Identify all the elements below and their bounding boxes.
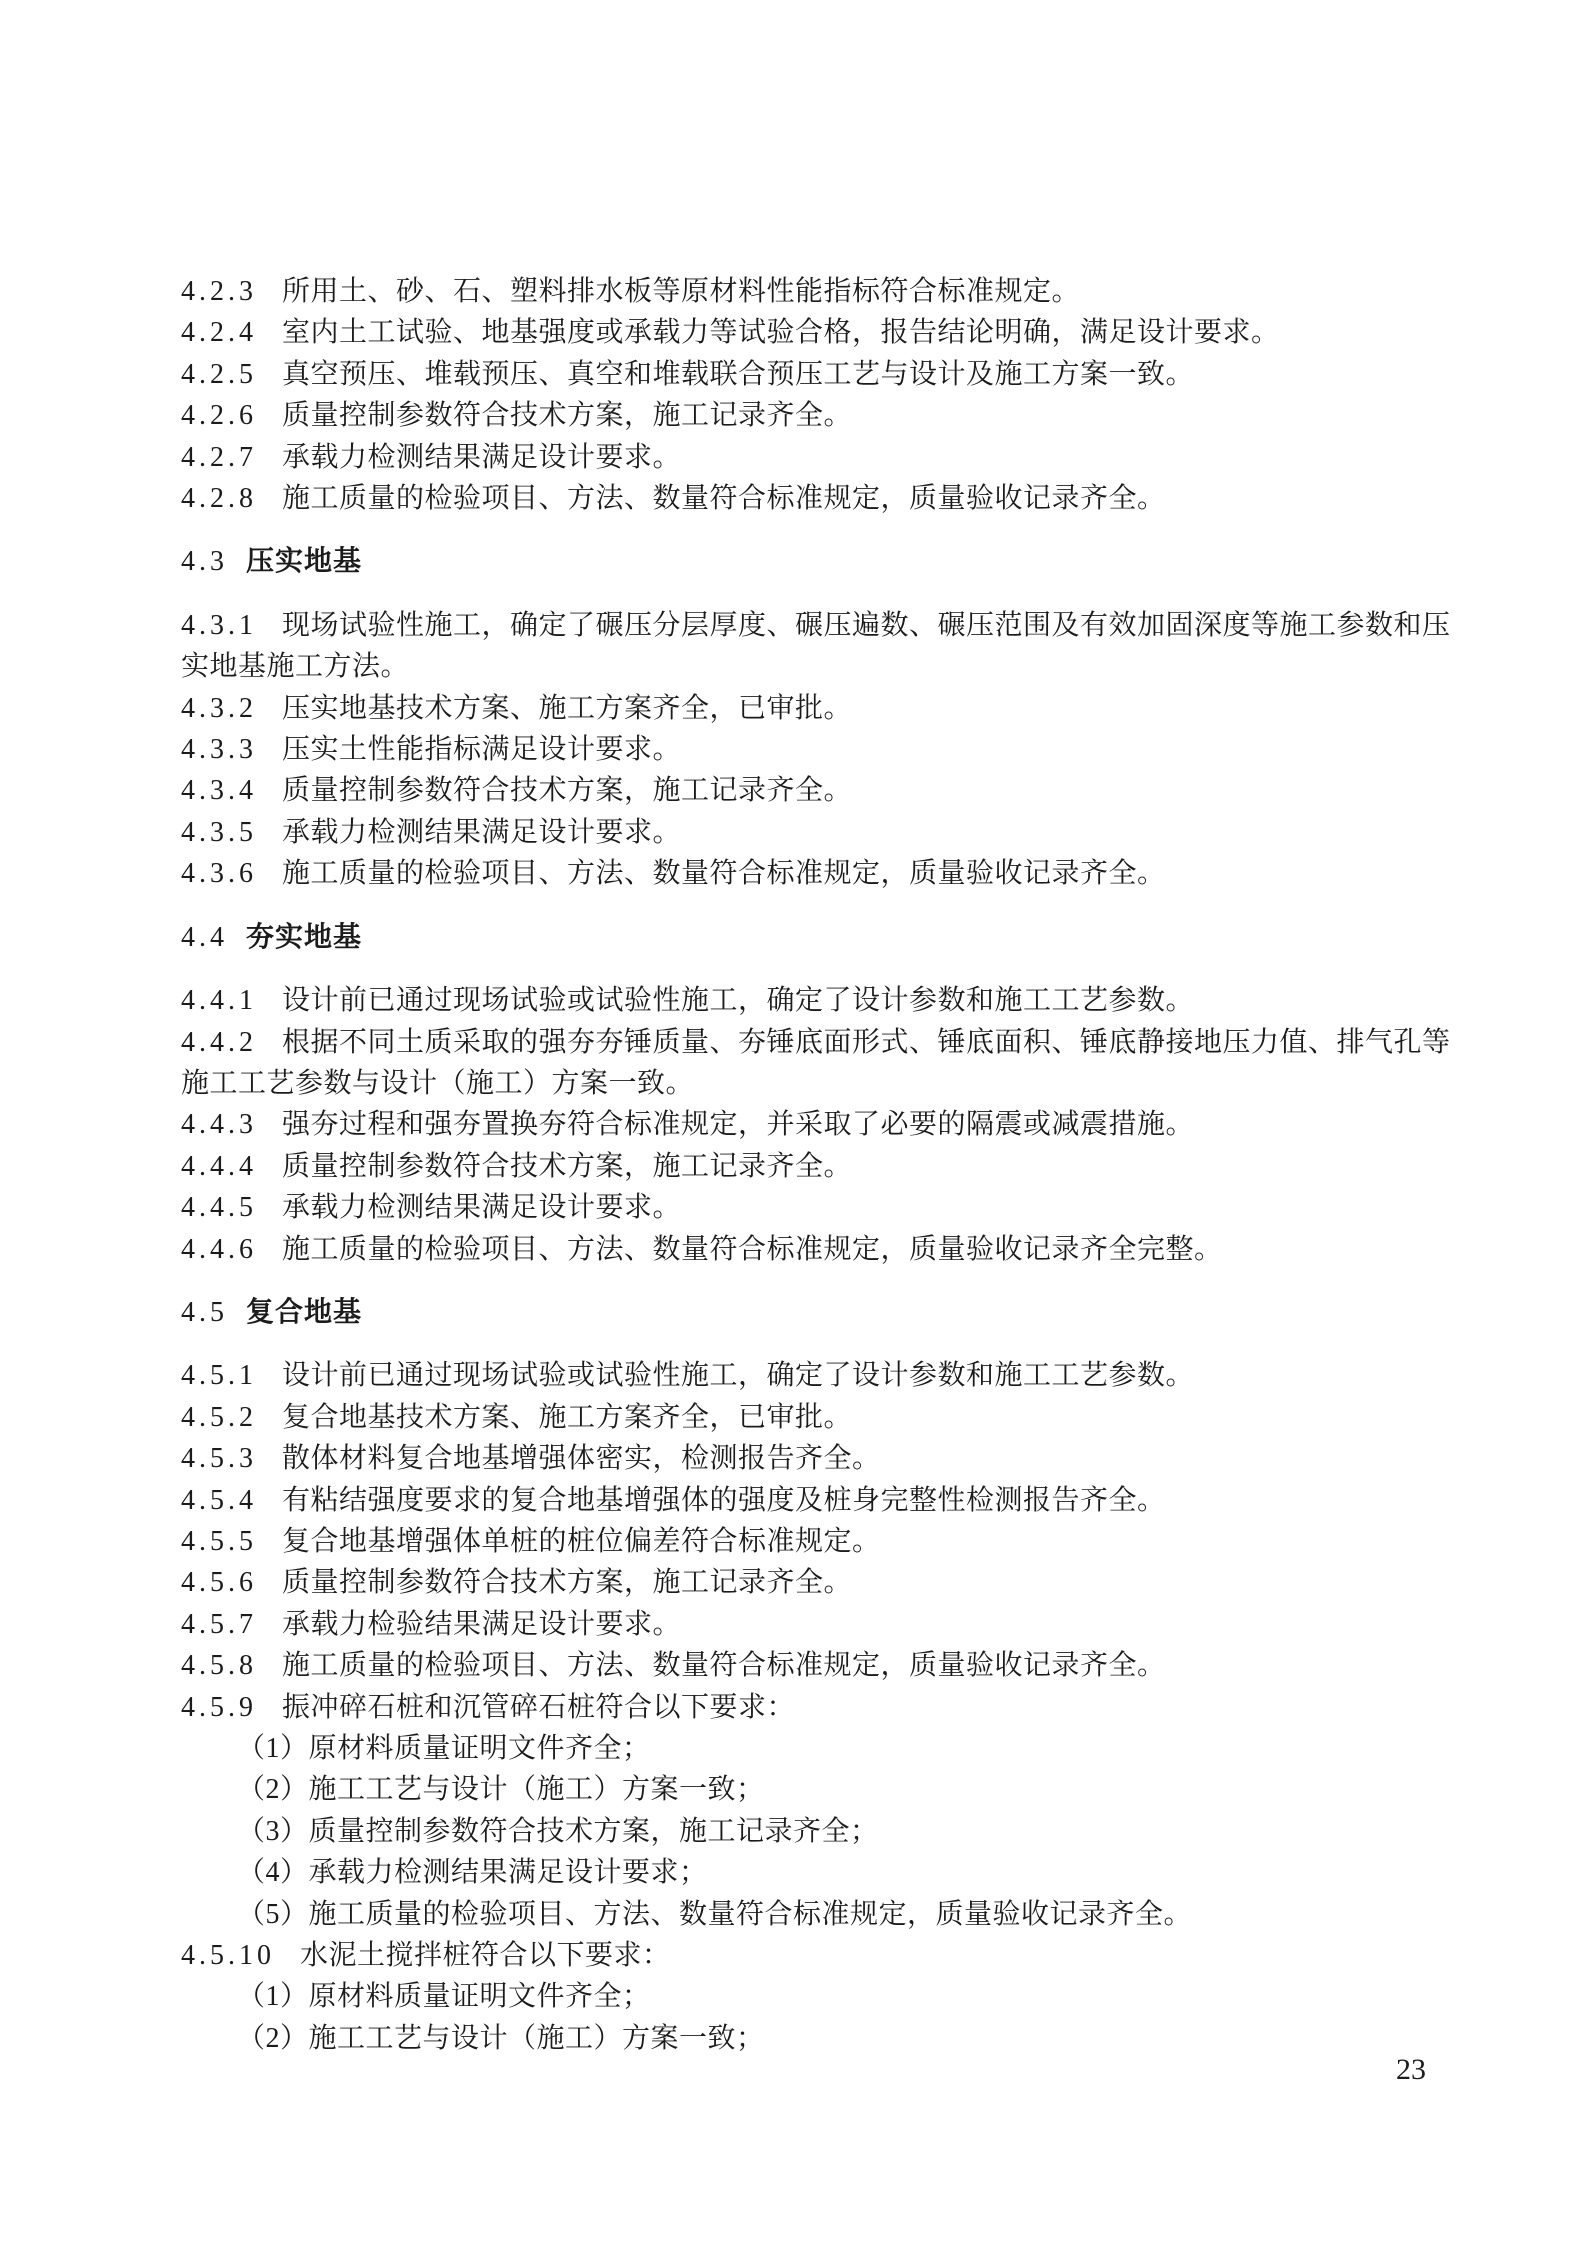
clause-4.5.4: 4.5.4有粘结强度要求的复合地基增强体的强度及桩身完整性检测报告齐全。 (181, 1480, 1435, 1521)
clause-number: 4.5.8 (181, 1650, 257, 1681)
section-heading-4.4: 4.4夯实地基 (181, 916, 1435, 958)
clause-text: 室内土工试验、地基强度或承载力等试验合格，报告结论明确，满足设计要求。 (282, 317, 1280, 348)
clause-number: 4.5.3 (181, 1443, 257, 1474)
clause-number: 4.4.5 (181, 1192, 257, 1223)
clause-number: 4.3.5 (181, 817, 257, 848)
clause-4.4.2: 4.4.2根据不同土质采取的强夯夯锤质量、夯锤底面形式、锤底面积、锤底静接地压力… (181, 1022, 1435, 1063)
list-item-3: （3）质量控制参数符合技术方案，施工记录齐全； (181, 1811, 1435, 1852)
clause-number: 4.5.1 (181, 1360, 257, 1391)
clause-number: 4.4.3 (181, 1109, 257, 1140)
clause-number: 4.5.6 (181, 1567, 257, 1598)
clause-text: 施工质量的检验项目、方法、数量符合标准规定，质量验收记录齐全。 (282, 483, 1166, 514)
heading-title: 压实地基 (246, 545, 362, 576)
clause-text: 质量控制参数符合技术方案，施工记录齐全。 (282, 1151, 852, 1182)
clause-number: 4.4.2 (181, 1027, 257, 1058)
clause-number: 4.3.4 (181, 775, 257, 806)
clause-text: 质量控制参数符合技术方案，施工记录齐全。 (282, 400, 852, 431)
clause-text: 设计前已通过现场试验或试验性施工，确定了设计参数和施工工艺参数。 (282, 1360, 1194, 1391)
clause-number: 4.2.8 (181, 483, 257, 514)
clause-text: 质量控制参数符合技术方案，施工记录齐全。 (282, 1567, 852, 1598)
clause-text: 水泥土搅拌桩符合以下要求： (300, 1940, 671, 1971)
clause-4.2.3: 4.2.3所用土、砂、石、塑料排水板等原材料性能指标符合标准规定。 (181, 271, 1435, 312)
heading-title: 夯实地基 (246, 921, 362, 952)
clause-number: 4.4.4 (181, 1151, 257, 1182)
clause-text: 设计前已通过现场试验或试验性施工，确定了设计参数和施工工艺参数。 (282, 985, 1194, 1016)
clause-4.5.1: 4.5.1设计前已通过现场试验或试验性施工，确定了设计参数和施工工艺参数。 (181, 1355, 1435, 1396)
clause-text: 所用土、砂、石、塑料排水板等原材料性能指标符合标准规定。 (282, 276, 1080, 307)
clause-text: 施工质量的检验项目、方法、数量符合标准规定，质量验收记录齐全。 (282, 858, 1166, 889)
list-item-5: （5）施工质量的检验项目、方法、数量符合标准规定，质量验收记录齐全。 (181, 1894, 1435, 1935)
clause-number: 4.3.1 (181, 610, 257, 641)
clause-4.3.3: 4.3.3压实土性能指标满足设计要求。 (181, 729, 1435, 770)
clause-text: 根据不同土质采取的强夯夯锤质量、夯锤底面形式、锤底面积、锤底静接地压力值、排气孔… (282, 1027, 1451, 1058)
page-number: 23 (1396, 2049, 1426, 2090)
clause-4.5.5: 4.5.5复合地基增强体单桩的桩位偏差符合标准规定。 (181, 1521, 1435, 1562)
clause-4.5.9: 4.5.9振冲碎石桩和沉管碎石桩符合以下要求： (181, 1687, 1435, 1728)
clause-4.5.6: 4.5.6质量控制参数符合技术方案，施工记录齐全。 (181, 1562, 1435, 1603)
clause-text: 压实土性能指标满足设计要求。 (282, 734, 681, 765)
clause-number: 4.2.3 (181, 276, 257, 307)
document-page: 4.2.3所用土、砂、石、塑料排水板等原材料性能指标符合标准规定。 4.2.4室… (0, 0, 1587, 2245)
clause-4.3.6: 4.3.6施工质量的检验项目、方法、数量符合标准规定，质量验收记录齐全。 (181, 853, 1435, 894)
clause-4.2.7: 4.2.7承载力检测结果满足设计要求。 (181, 437, 1435, 478)
clause-number: 4.3.3 (181, 734, 257, 765)
clause-text: 承载力检测结果满足设计要求。 (282, 442, 681, 473)
clause-4.2.8: 4.2.8施工质量的检验项目、方法、数量符合标准规定，质量验收记录齐全。 (181, 478, 1435, 519)
clause-4.5.3: 4.5.3散体材料复合地基增强体密实，检测报告齐全。 (181, 1438, 1435, 1479)
heading-title: 复合地基 (246, 1296, 362, 1327)
section-heading-4.5: 4.5复合地基 (181, 1291, 1435, 1333)
list-item-1: （1）原材料质量证明文件齐全； (181, 1976, 1435, 2017)
clause-text: 施工质量的检验项目、方法、数量符合标准规定，质量验收记录齐全。 (282, 1650, 1166, 1681)
clause-4.4.3: 4.4.3强夯过程和强夯置换夯符合标准规定，并采取了必要的隔震或减震措施。 (181, 1104, 1435, 1145)
clause-text: 承载力检测结果满足设计要求。 (282, 817, 681, 848)
clause-4.2.6: 4.2.6质量控制参数符合技术方案，施工记录齐全。 (181, 395, 1435, 436)
clause-number: 4.5.10 (181, 1940, 275, 1971)
clause-text: 承载力检测结果满足设计要求。 (282, 1192, 681, 1223)
heading-number: 4.3 (181, 546, 228, 577)
clause-number: 4.4.1 (181, 985, 257, 1016)
clause-4.4.6: 4.4.6施工质量的检验项目、方法、数量符合标准规定，质量验收记录齐全完整。 (181, 1229, 1435, 1270)
clause-text: 强夯过程和强夯置换夯符合标准规定，并采取了必要的隔震或减震措施。 (282, 1109, 1194, 1140)
document-body: 4.2.3所用土、砂、石、塑料排水板等原材料性能指标符合标准规定。 4.2.4室… (181, 271, 1435, 2059)
clause-text: 复合地基技术方案、施工方案齐全，已审批。 (282, 1402, 852, 1433)
clause-text: 质量控制参数符合技术方案，施工记录齐全。 (282, 775, 852, 806)
clause-text: 散体材料复合地基增强体密实，检测报告齐全。 (282, 1443, 881, 1474)
clause-4.4.5: 4.4.5承载力检测结果满足设计要求。 (181, 1187, 1435, 1228)
clause-text: 压实地基技术方案、施工方案齐全，已审批。 (282, 693, 852, 724)
section-heading-4.3: 4.3压实地基 (181, 540, 1435, 582)
clause-text: 真空预压、堆载预压、真空和堆载联合预压工艺与设计及施工方案一致。 (282, 359, 1194, 390)
clause-number: 4.5.7 (181, 1609, 257, 1640)
clause-number: 4.5.9 (181, 1692, 257, 1723)
clause-number: 4.2.7 (181, 442, 257, 473)
clause-4.2.5: 4.2.5真空预压、堆载预压、真空和堆载联合预压工艺与设计及施工方案一致。 (181, 354, 1435, 395)
clause-number: 4.3.2 (181, 693, 257, 724)
list-item-2: （2）施工工艺与设计（施工）方案一致； (181, 2018, 1435, 2059)
clause-text: 振冲碎石桩和沉管碎石桩符合以下要求： (282, 1692, 795, 1723)
clause-number: 4.5.5 (181, 1526, 257, 1557)
clause-4.4.4: 4.4.4质量控制参数符合技术方案，施工记录齐全。 (181, 1146, 1435, 1187)
clause-4.3.1-continuation: 实地基施工方法。 (181, 646, 1435, 687)
clause-4.3.5: 4.3.5承载力检测结果满足设计要求。 (181, 812, 1435, 853)
list-item-1: （1）原材料质量证明文件齐全； (181, 1728, 1435, 1769)
clause-text: 承载力检验结果满足设计要求。 (282, 1609, 681, 1640)
clause-text: 现场试验性施工，确定了碾压分层厚度、碾压遍数、碾压范围及有效加固深度等施工参数和… (282, 610, 1451, 641)
clause-text: 有粘结强度要求的复合地基增强体的强度及桩身完整性检测报告齐全。 (282, 1485, 1166, 1516)
heading-number: 4.5 (181, 1297, 228, 1328)
clause-number: 4.3.6 (181, 858, 257, 889)
clause-4.3.4: 4.3.4质量控制参数符合技术方案，施工记录齐全。 (181, 770, 1435, 811)
clause-4.2.4: 4.2.4室内土工试验、地基强度或承载力等试验合格，报告结论明确，满足设计要求。 (181, 312, 1435, 353)
clause-number: 4.5.2 (181, 1402, 257, 1433)
list-item-2: （2）施工工艺与设计（施工）方案一致； (181, 1769, 1435, 1810)
clause-number: 4.5.4 (181, 1485, 257, 1516)
clause-number: 4.2.5 (181, 359, 257, 390)
clause-4.5.10: 4.5.10水泥土搅拌桩符合以下要求： (181, 1935, 1435, 1976)
clause-4.5.8: 4.5.8施工质量的检验项目、方法、数量符合标准规定，质量验收记录齐全。 (181, 1645, 1435, 1686)
clause-text: 施工质量的检验项目、方法、数量符合标准规定，质量验收记录齐全完整。 (282, 1234, 1223, 1265)
clause-number: 4.2.6 (181, 400, 257, 431)
clause-4.3.2: 4.3.2压实地基技术方案、施工方案齐全，已审批。 (181, 688, 1435, 729)
clause-4.5.7: 4.5.7承载力检验结果满足设计要求。 (181, 1604, 1435, 1645)
clause-number: 4.2.4 (181, 317, 257, 348)
list-item-4: （4）承载力检测结果满足设计要求； (181, 1852, 1435, 1893)
clause-4.4.2-continuation: 施工工艺参数与设计（施工）方案一致。 (181, 1063, 1435, 1104)
clause-4.3.1: 4.3.1现场试验性施工，确定了碾压分层厚度、碾压遍数、碾压范围及有效加固深度等… (181, 605, 1435, 646)
clause-text: 复合地基增强体单桩的桩位偏差符合标准规定。 (282, 1526, 881, 1557)
clause-4.5.2: 4.5.2复合地基技术方案、施工方案齐全，已审批。 (181, 1397, 1435, 1438)
clause-number: 4.4.6 (181, 1234, 257, 1265)
clause-4.4.1: 4.4.1设计前已通过现场试验或试验性施工，确定了设计参数和施工工艺参数。 (181, 980, 1435, 1021)
heading-number: 4.4 (181, 922, 228, 953)
